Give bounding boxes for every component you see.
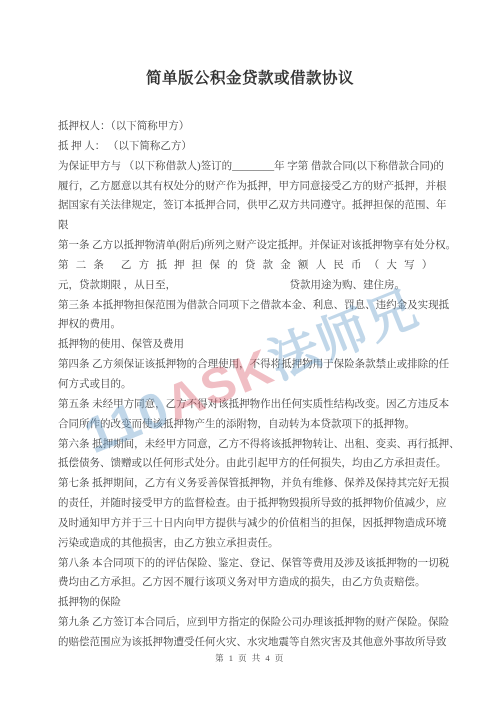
clause-3-line-2: 押权的费用。 <box>58 315 450 335</box>
document-body: 抵押权人：（以下简称甲方） 抵 押 人： （以下简称乙方） 为保证甲方与 （以下… <box>58 117 450 653</box>
clause-8-line-1: 第八条 本合同项下的的评估保险、鉴定、登记、保管等费用及涉及该抵押物的一切税 <box>58 554 450 574</box>
contract-document-page: 简单版公积金贷款或借款协议 抵押权人：（以下简称甲方） 抵 押 人： （以下简称… <box>0 0 500 706</box>
clause-1-line: 第一条 乙方以抵押物清单(附后)所列之财产设定抵押。并保证对该抵押物享有处分权。 <box>58 236 450 256</box>
clause-4-line-1: 第四条 乙方须保证该抵押物的合理使用，不得将抵押物用于保险条款禁止或排除的任 <box>58 355 450 375</box>
clause-6-line-1: 第六条 抵押期间，未经甲方同意，乙方不得将该抵押物转让、出租、变卖、再行抵押、 <box>58 435 450 455</box>
clause-7-line-2: 的责任，并随时接受甲方的监督检查。由于抵押物毁损所导致的抵押物价值减少，应 <box>58 494 450 514</box>
clause-5-line-1: 第五条 未经甲方同意，乙方不得对该抵押物作出任何实质性结构改变。因乙方违反本 <box>58 395 450 415</box>
preamble-line-4: 限 <box>58 216 450 236</box>
section-heading-use-custody: 抵押物的使用、保管及费用 <box>58 335 450 355</box>
clause-9-line-1: 第九条 乙方签订本合同后，应到甲方指定的保险公司办理该抵押物的财产保险。保险 <box>58 613 450 633</box>
party-mortgagor-line: 抵 押 人： （以下简称乙方） <box>58 137 450 157</box>
document-title: 简单版公积金贷款或借款协议 <box>0 66 500 88</box>
clause-7-line-1: 第七条 抵押期间，乙方有义务妥善保管抵押物，并负有维修、保养及保持其完好无损 <box>58 474 450 494</box>
loan-purpose-right: 贷款用途为购、建住房。 <box>290 276 406 296</box>
clause-6-line-2: 抵偿债务、馈赠或以任何形式处分。由此引起甲方的任何损失，均由乙方承担责任。 <box>58 454 450 474</box>
clause-7-line-3: 及时通知甲方并于三十日内向甲方提供与减少的价值相当的担保，因抵押物造成环境 <box>58 514 450 534</box>
party-mortgagee-line: 抵押权人：（以下简称甲方） <box>58 117 450 137</box>
loan-amount-left: 元，贷款期限 ，从日至， <box>58 276 176 296</box>
clause-5-line-2: 合同所作的改变而使该抵押物产生的添附物，自动转为本贷款项下的抵押物。 <box>58 415 450 435</box>
page-number-footer: 第 1 页 共 4 页 <box>0 652 500 664</box>
preamble-line-1: 为保证甲方与 （以下称借款人)签订的________年 字第 借款合同(以下称借… <box>58 157 450 177</box>
preamble-line-3: 据国家有关法律规定，签订本抵押合同，供甲乙双方共同遵守。抵押担保的范围、年 <box>58 196 450 216</box>
clause-4-line-2: 何方式或目的。 <box>58 375 450 395</box>
clause-9-line-2: 的赔偿范围应为该抵押物遭受任何火灾、水灾地震等自然灾害及其他意外事故所导致 <box>58 633 450 653</box>
clause-8-line-2: 费均由乙方承担。乙方因不履行该项义务对甲方造成的损失，由乙方负责赔偿。 <box>58 573 450 593</box>
clause-7-line-4: 污染或造成的其他损害，由乙方独立承担责任。 <box>58 534 450 554</box>
section-heading-insurance: 抵押物的保险 <box>58 593 450 613</box>
preamble-line-2: 履行，乙方愿意以其有权处分的财产作为抵押，甲方同意接受乙方的财产抵押，并根 <box>58 177 450 197</box>
clause-3-line-1: 第三条 本抵押物担保范围为借款合同项下之借款本金、利息、罚息、违约金及实现抵 <box>58 296 450 316</box>
loan-amount-line: 元，贷款期限 ，从日至， 贷款用途为购、建住房。 <box>58 276 450 296</box>
clause-2-line: 第二条 乙方抵押担保的贷款金额人民币（大写） <box>58 256 450 276</box>
